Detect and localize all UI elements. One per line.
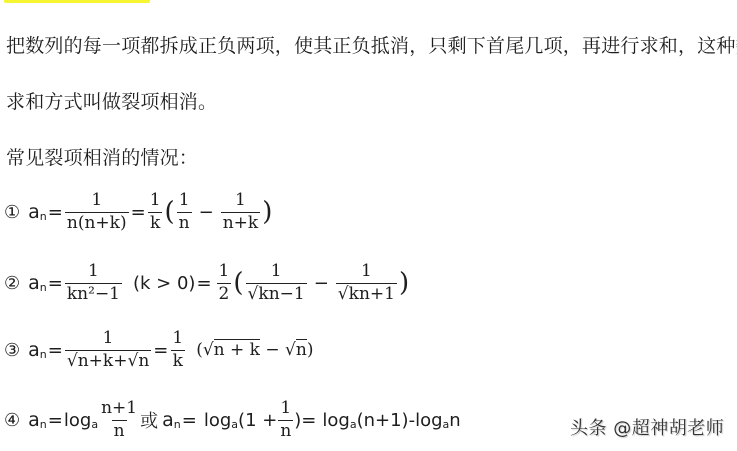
section-heading: 常见裂项相消的情况： (6, 143, 198, 170)
fraction: 1k (148, 192, 163, 233)
fraction: 1n (278, 400, 293, 441)
subscript: n (40, 418, 47, 431)
formula-4: ④ an = loga n+1n 或 an = loga (1 + 1n )= … (4, 400, 461, 441)
fraction: 1√kn+1 (336, 263, 397, 304)
formula-index: ④ (4, 410, 20, 431)
fraction: 1k (170, 330, 185, 371)
term-a: a (28, 272, 40, 294)
subscript: n (40, 210, 47, 223)
fraction: 1√kn−1 (246, 263, 307, 304)
fraction: 1√n+k+√n (65, 330, 151, 371)
formula-1: ① an = 1n(n+k) = 1k ( 1n − 1n+k ) (4, 192, 273, 233)
fraction: 1kn²−1 (65, 263, 122, 304)
formula-3: ③ an = 1√n+k+√n = 1k (√n + k − √n) (4, 330, 313, 371)
condition: (k > 0) (133, 273, 195, 294)
intro-line-1: 把数列的每一项都拆成正负两项，使其正负抵消，只剩下首尾几项，再进行求和，这种数列 (6, 31, 737, 58)
term-a: a (28, 409, 40, 431)
highlight-bar (4, 0, 150, 3)
subscript: n (40, 348, 47, 361)
formula-index: ① (4, 202, 20, 223)
term-a: a (28, 201, 40, 223)
term-a: a (28, 339, 40, 361)
fraction: 1n+k (221, 192, 261, 233)
fraction: n+1n (99, 400, 139, 441)
fraction: 1n (177, 192, 192, 233)
formula-index: ③ (4, 340, 20, 361)
subscript: n (40, 281, 47, 294)
or-word: 或 (140, 407, 158, 433)
fraction: 1n(n+k) (65, 192, 129, 233)
watermark: 头条 @超神胡老师 (570, 414, 724, 440)
intro-line-2: 求和方式叫做裂项相消。 (6, 87, 217, 114)
fraction: 12 (217, 263, 232, 304)
formula-2: ② an = 1kn²−1 (k > 0) = 12 ( 1√kn−1 − 1√… (4, 263, 410, 304)
formula-index: ② (4, 273, 20, 294)
